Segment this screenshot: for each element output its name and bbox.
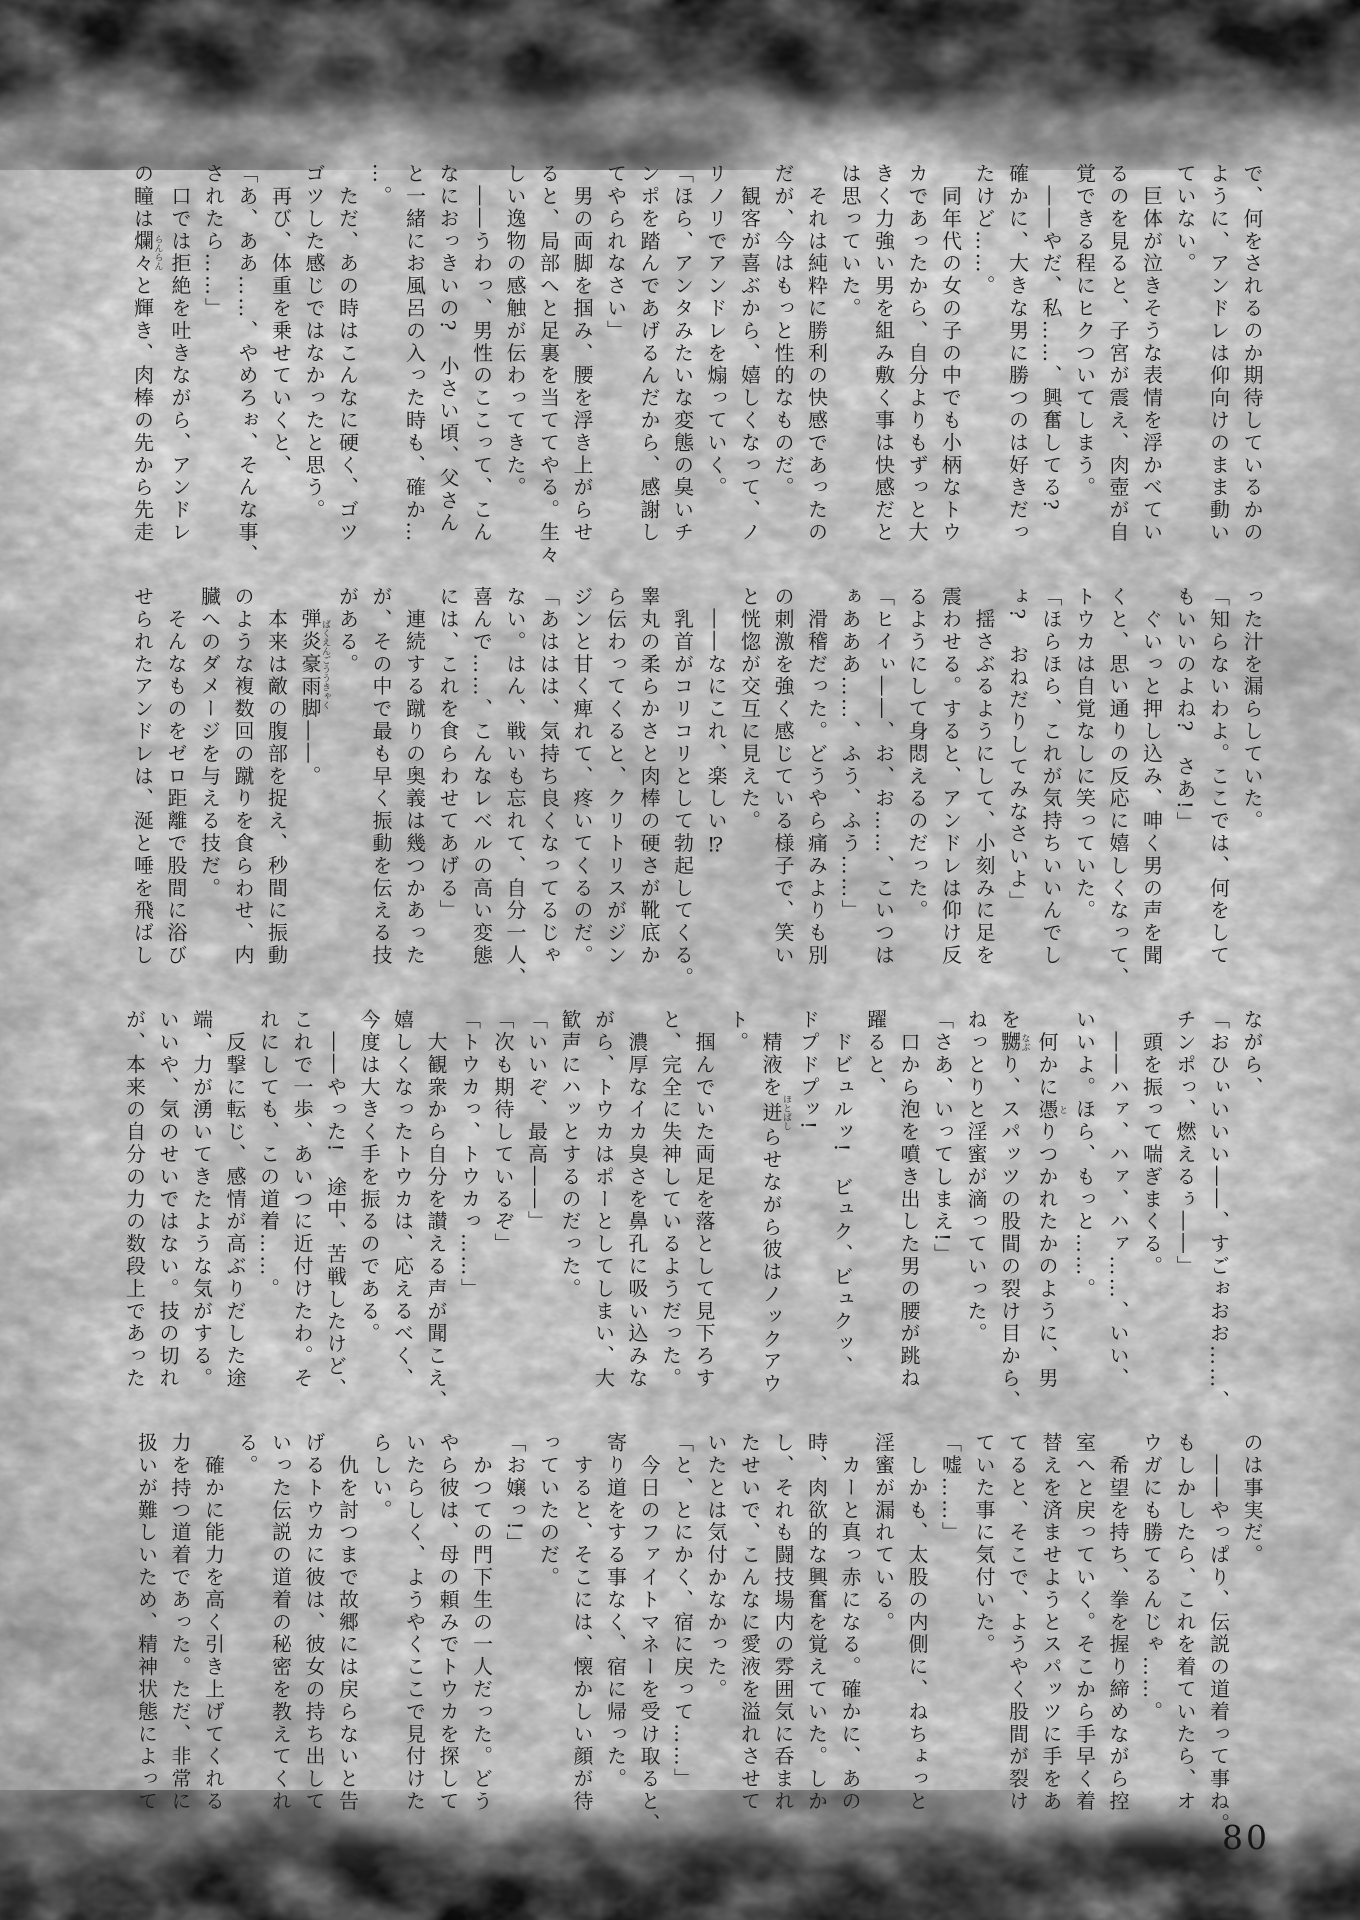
text-column: で、何をされるのか期待しているかの [1235, 163, 1269, 545]
text-column: 時、肉欲的な興奮を覚えていた。しか [799, 1432, 833, 1814]
text-column: れにしても、この道着……。 [251, 1009, 285, 1391]
text-column: 反撃に転じ、感情が高ぶりだした途 [218, 1009, 252, 1391]
text-column: 同年代の女の子の中でも小柄なトウ [933, 163, 967, 545]
text-column: しかも、太股の内側に、ねちょっと [900, 1432, 934, 1814]
text-column: これで一歩、あいつに近付けたわ。そ [285, 1009, 319, 1391]
text-column: いたとは気付かなかった。 [699, 1432, 733, 1814]
text-column: ドプドプッ! [791, 1009, 825, 1391]
text-column: 「知らないわよ。ここでは、何をして [1201, 586, 1235, 968]
text-band: のは事実だ。 ――やっぱり、伝説の道着って事ね。もしかしたら、これを着ていたら、… [128, 1432, 1268, 1814]
text-column: 「次も期待しているぞ」 [486, 1009, 520, 1391]
text-column: それは純粋に勝利の快感であったの [799, 163, 833, 545]
text-column: 濃厚なイカ臭さを鼻孔に吸い込みな [620, 1009, 654, 1391]
text-column: しい逸物の感触が伝わってきた。 [498, 163, 532, 545]
grunge-border-top [0, 0, 1360, 170]
text-column: ジンと甘く痺れて、疼いてくるのだ。 [565, 586, 599, 968]
text-column: 掴んでいた両足を落として見下ろす [687, 1009, 721, 1391]
text-column: がある。 [330, 586, 364, 968]
text-column: 乳首がコリコリとして勃起してくる。 [665, 586, 699, 968]
text-column: 滑稽だった。どうやら痛みよりも別 [799, 586, 833, 968]
text-band: で、何をされるのか期待しているかのように、アンドレは仰向けのまま動いていない。 … [128, 163, 1268, 545]
text-column: 震わせる。すると、アンドレは仰け反 [933, 586, 967, 968]
text-column: ねっとりと淫蜜が滴っていった。 [959, 1009, 993, 1391]
text-column: ――うわっ、男性のここって、こん [464, 163, 498, 545]
text-column: 躍ると、 [858, 1009, 892, 1391]
text-column: が、その中で最も早く振動を伝える技 [364, 586, 398, 968]
page-number: 80 [1222, 1818, 1270, 1857]
text-column: きく力強い男を組み敷く事は快感だと [866, 163, 900, 545]
text-column: し、それも闘技場内の雰囲気に呑まれ [766, 1432, 800, 1814]
text-column: ように、アンドレは仰向けのまま動い [1201, 163, 1235, 545]
ruby-annotated-word: 嬲なぶ [998, 1031, 1022, 1053]
text-column: ぁあああ……、ふう、ふう……」 [833, 586, 867, 968]
text-column: ンポを踏んであげるんだから、感謝し [632, 163, 666, 545]
text-column: すると、そこには、懐かしい顔が待 [565, 1432, 599, 1814]
text-column: 男の両脚を掴み、腰を浮き上がらせ [565, 163, 599, 545]
text-column: 「ほらほら、これが気持ちいいんでし [1034, 586, 1068, 968]
text-column: ――ハァ、ハァ、ハァ……、いい、 [1101, 1009, 1135, 1391]
text-column: 覚できる程にヒクついてしまう。 [1067, 163, 1101, 545]
text-column: 口から泡を噴き出した男の腰が跳ね [892, 1009, 926, 1391]
text-column: ょ? おねだりしてみなさいよ」 [1000, 586, 1034, 968]
text-column: なにおっきいの? 小さい頃、父さん [431, 163, 465, 545]
ruby-annotated-word: 弾炎豪雨脚ばくえんごううきゃく [298, 608, 322, 720]
text-column: 替えを済ませようとスパッツに手をあ [1034, 1432, 1068, 1814]
text-column: 淫蜜が漏れている。 [866, 1432, 900, 1814]
text-column: 扱いが難しいため、精神状態によって [129, 1432, 163, 1814]
text-column: ていない。 [1168, 163, 1202, 545]
text-column: たせいで、こんなに愛液を溢れさせて [732, 1432, 766, 1814]
text-column: 「お嬢っ!」 [498, 1432, 532, 1814]
text-column: いった伝説の道着の秘密を教えてくれ [263, 1432, 297, 1814]
text-column: 確かに、大きな男に勝つのは好きだっ [1000, 163, 1034, 545]
text-column: った汁を漏らしていた。 [1235, 586, 1269, 968]
text-column: る。 [230, 1432, 264, 1814]
text-column: ただ、あの時はこんなに硬く、ゴツ [330, 163, 364, 545]
text-column: 歓声にハッとするのだった。 [553, 1009, 587, 1391]
text-column: 「嘘……」 [933, 1432, 967, 1814]
text-column: 「さあ、いってしまえ!」 [925, 1009, 959, 1391]
text-column: 「あ、ああ……、やめろぉ、そんな事、 [230, 163, 264, 545]
text-column: ない。はん、戦いも忘れて、自分一人、 [498, 586, 532, 968]
text-column: ――やっぱり、伝説の道着って事ね。 [1201, 1432, 1235, 1814]
text-column: と恍惚が交互に見えた。 [732, 586, 766, 968]
text-column: ――なにこれ、楽しい⁉ [699, 586, 733, 968]
text-column: 本来は敵の腹部を捉え、秒間に振動 [259, 586, 293, 968]
text-column: ――やった! 途中、苦戦したけど、 [318, 1009, 352, 1391]
text-column: 臓へのダメージを与える技だ。 [192, 586, 226, 968]
text-column: いいよ。ほら、もっと……。 [1067, 1009, 1101, 1391]
text-column: 「あははは、気持ち良くなってるじゃ [531, 586, 565, 968]
text-column: やら彼は、母の頼みでトウカを探して [431, 1432, 465, 1814]
text-column: 今日のファイトマネーを受け取ると、 [632, 1432, 666, 1814]
text-column: には、これを食らわせてあげる」 [431, 586, 465, 968]
text-column: 寄り道をする事なく、宿に帰った。 [598, 1432, 632, 1814]
text-column: ゴツした感じではなかったと思う。 [297, 163, 331, 545]
text-column: の瞳は爛々らんらんと輝き、肉棒の先から先走 [125, 163, 163, 545]
text-column: せられたアンドレは、涎と唾を飛ばし [125, 586, 159, 968]
text-column: 観客が喜ぶから、嬉しくなって、ノ [732, 163, 766, 545]
text-column: げるトウカに彼は、彼女の持ち出して [297, 1432, 331, 1814]
text-column: だが、今はもっと性的なものだ。 [766, 163, 800, 545]
text-column: 何かに憑とりつかれたかのように、男 [1030, 1009, 1068, 1391]
text-column: いたらしく、ようやくここで見付けた [397, 1432, 431, 1814]
text-column: ウガにも勝てるんじゃ……。 [1134, 1432, 1168, 1814]
text-column: 確かに能力を高く引き上げてくれる [196, 1432, 230, 1814]
text-column: いいや、気のせいではない。技の切れ [151, 1009, 185, 1391]
text-column: 「ヒイぃ――、お、お……、こいつは [866, 586, 900, 968]
text-column: 頭を振って喘ぎまくる。 [1134, 1009, 1168, 1391]
text-column: るようにして身悶えるのだった。 [900, 586, 934, 968]
text-column: っていたのだ。 [531, 1432, 565, 1814]
text-column: 口では拒絶を吐きながら、アンドレ [163, 163, 197, 545]
text-column: リノリでアンドレを煽っていく。 [699, 163, 733, 545]
text-column: てやられなさい」 [598, 163, 632, 545]
text-band: った汁を漏らしていた。「知らないわよ。ここでは、何をしてもいいのよね? さあ!」… [128, 586, 1268, 968]
text-column: カーと真っ赤になる。確かに、あの [833, 1432, 867, 1814]
text-column: 端、力が湧いてきたような気がする。 [184, 1009, 218, 1391]
text-column: 喜んで……、こんなレベルの高い変態 [464, 586, 498, 968]
text-column: ――やだ、私……、興奮してる? [1034, 163, 1068, 545]
ruby-annotated-word: 憑と [1035, 1099, 1059, 1121]
ruby-annotated-word: 爛々らんらん [131, 230, 155, 275]
text-column: は思っていた。 [833, 163, 867, 545]
text-column: ると、局部へと足裏を当ててやる。生々 [531, 163, 565, 545]
text-column: たけど……。 [967, 163, 1001, 545]
text-column: 大観衆から自分を讃える声が聞こえ、 [419, 1009, 453, 1391]
text-column: を嬲なぶり、スパッツの股間の裂け目から、 [992, 1009, 1030, 1391]
text-column: かつての門下生の一人だった。どう [464, 1432, 498, 1814]
text-column: チンポっ、燃えるぅ――」 [1168, 1009, 1202, 1391]
ruby-annotated-word: 迸ほとばし [759, 1099, 783, 1127]
text-column: 「と、とにかく、宿に戻って……」 [665, 1432, 699, 1814]
text-column: カであったから、自分よりもずっと大 [900, 163, 934, 545]
text-column: もいいのよね? さあ!」 [1168, 586, 1202, 968]
text-column: がら、トウカはポーとしてしまい、大 [586, 1009, 620, 1391]
text-column: のは事実だ。 [1235, 1432, 1269, 1814]
text-column: ぐいっと押し込み、呻く男の声を聞 [1134, 586, 1168, 968]
text-column: ら伝わってくると、クリトリスがジン [598, 586, 632, 968]
text-column: 揺さぶるようにして、小刻みに足を [967, 586, 1001, 968]
text-column: てると、そこで、ようやく股間が裂け [1000, 1432, 1034, 1814]
text-column: 睾丸の柔らかさと肉棒の硬さが靴底か [632, 586, 666, 968]
text-column: が、本来の自分の力の数段上であった [117, 1009, 151, 1391]
text-column: くと、思い通りの反応に嬉しくなって、 [1101, 586, 1135, 968]
text-column: 希望を持ち、拳を握り締めながら控 [1101, 1432, 1135, 1814]
text-column: と、完全に失神しているようだった。 [653, 1009, 687, 1391]
text-column: 「ほら、アンタみたいな変態の臭いチ [665, 163, 699, 545]
text-column: の刺激を強く感じている様子で、笑い [766, 586, 800, 968]
text-column: されたら……」 [196, 163, 230, 545]
text-column: …。 [364, 163, 398, 545]
text-column: 「トウカっ、トウカっ……」 [452, 1009, 486, 1391]
text-column: 弾炎豪雨脚ばくえんごううきゃく――。 [293, 586, 331, 968]
text-column: 「おひぃいいい――、すごぉおお……、 [1201, 1009, 1235, 1391]
text-column: トウカは自覚なしに笑っていた。 [1067, 586, 1101, 968]
text-column: 巨体が泣きそうな表情を浮かべてい [1134, 163, 1168, 545]
text-column: 再び、体重を乗せていくと、 [263, 163, 297, 545]
text-column: 「いいぞ、最高――」 [519, 1009, 553, 1391]
text-column: そんなものをゼロ距離で股間に浴び [159, 586, 193, 968]
novel-page: で、何をされるのか期待しているかのように、アンドレは仰向けのまま動いていない。 … [0, 0, 1360, 1920]
text-column: ドビュルッ! ビュク、ビュクッ、 [825, 1009, 859, 1391]
text-column: のような複数回の蹴りを食らわせ、内 [226, 586, 260, 968]
text-column: ていた事に気付いた。 [967, 1432, 1001, 1814]
text-column: ながら、 [1235, 1009, 1269, 1391]
text-column: 力を持つ道着であった。ただ、非常に [163, 1432, 197, 1814]
text-column: らしい。 [364, 1432, 398, 1814]
text-column: 仇を討つまで故郷には戻らないと告 [330, 1432, 364, 1814]
text-band: ながら、「おひぃいいい――、すごぉおお……、チンポっ、燃えるぅ――」 頭を振って… [128, 1009, 1268, 1391]
text-column: ト。 [720, 1009, 754, 1391]
text-column: 連続する蹴りの奥義は幾つかあった [397, 586, 431, 968]
text-column: もしかしたら、これを着ていたら、オ [1168, 1432, 1202, 1814]
text-area: で、何をされるのか期待しているかのように、アンドレは仰向けのまま動いていない。 … [128, 163, 1268, 1814]
text-column: 嬉しくなったトウカは、応えるべく、 [385, 1009, 419, 1391]
text-column: 今度は大きく手を振るのである。 [352, 1009, 386, 1391]
text-column: 精液を迸ほとばしらせながら彼はノックアウ [754, 1009, 792, 1391]
text-column: と一緒にお風呂の入った時も、確か… [397, 163, 431, 545]
text-column: るのを見ると、子宮が震え、肉壺が自 [1101, 163, 1135, 545]
text-column: 室へと戻っていく。そこから手早く着 [1067, 1432, 1101, 1814]
